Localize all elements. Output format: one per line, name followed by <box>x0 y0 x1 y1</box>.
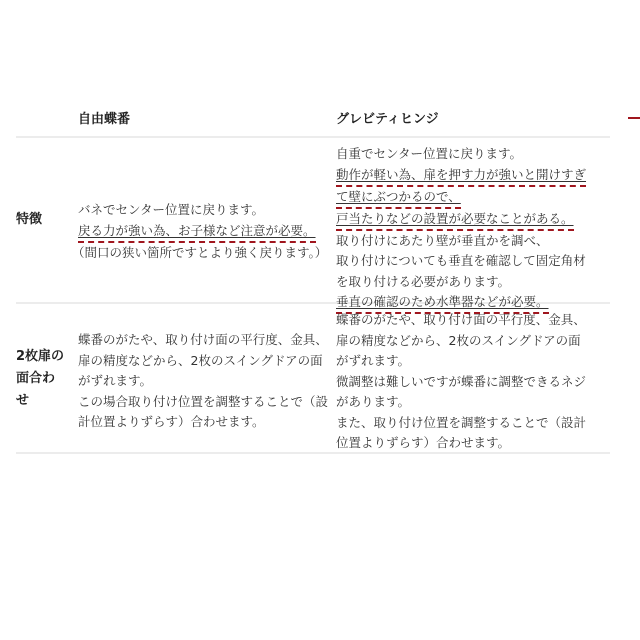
features-free-hinge: バネでセンター位置に戻ります。 戻る力が強い為、お子様など注意が必要。 （間口の… <box>78 138 336 302</box>
table-header-row: 自由蝶番 グレビティヒンジ <box>16 104 610 138</box>
text-line: この場合取り付け位置を調整することで（設 <box>78 392 336 413</box>
text-line: 位置よりずらす）合わせます。 <box>336 433 610 454</box>
emphasis-text-line: 動作が軽い為、扉を押す力が強いと開けすぎ <box>336 166 586 187</box>
features-gravity-hinge: 自重でセンター位置に戻ります。 動作が軽い為、扉を押す力が強いと開けすぎ て壁に… <box>336 138 610 302</box>
text-line: 微調整は難しいですが蝶番に調整できるネジ <box>336 372 610 393</box>
row-label-features: 特徴 <box>16 138 78 302</box>
text-line: 取り付けについても垂直を確認して固定角材 <box>336 251 610 272</box>
text-line: 扉の精度などから、2枚のスイングドアの面 <box>336 331 610 352</box>
text-line: 扉の精度などから、2枚のスイングドアの面 <box>78 351 336 372</box>
text-line: 蝶番のがたや、取り付け面の平行度、金具、 <box>78 330 336 351</box>
text-line: バネでセンター位置に戻ります。 <box>78 200 336 221</box>
emphasis-text-line: 戻る力が強い為、お子様など注意が必要。 <box>78 222 316 243</box>
text-line: 自重でセンター位置に戻ります。 <box>336 144 610 165</box>
text-line: がずれます。 <box>336 351 610 372</box>
emphasis-text-line: 戸当たりなどの設置が必要なことがある。 <box>336 210 574 231</box>
text-line: を取り付ける必要があります。 <box>336 272 610 293</box>
row-label-door-alignment: 2枚扉の 面合わ せ <box>16 304 78 452</box>
text-line: がずれます。 <box>78 371 336 392</box>
text-line: 蝶番のがたや、取り付け面の平行度、金具、 <box>336 310 610 331</box>
alignment-free-hinge: 蝶番のがたや、取り付け面の平行度、金具、 扉の精度などから、2枚のスイングドアの… <box>78 304 336 452</box>
accent-dash-mark <box>628 117 640 119</box>
header-gravity-hinge: グレビティヒンジ <box>336 110 610 131</box>
header-free-hinge: 自由蝶番 <box>78 110 336 131</box>
alignment-gravity-hinge: 蝶番のがたや、取り付け面の平行度、金具、 扉の精度などから、2枚のスイングドアの… <box>336 304 610 452</box>
comparison-table: 自由蝶番 グレビティヒンジ 特徴 バネでセンター位置に戻ります。 戻る力が強い為… <box>16 104 610 454</box>
text-line: があります。 <box>336 392 610 413</box>
table-row-features: 特徴 バネでセンター位置に戻ります。 戻る力が強い為、お子様など注意が必要。 （… <box>16 138 610 304</box>
emphasis-text-line: て壁にぶつかるので、 <box>336 188 461 209</box>
text-line: 計位置よりずらす）合わせます。 <box>78 412 336 433</box>
text-line: 取り付けにあたり壁が垂直かを調べ、 <box>336 231 610 252</box>
text-line: また、取り付け位置を調整することで（設計 <box>336 413 610 434</box>
note-text-line: （間口の狭い箇所ですとより強く戻ります。） <box>72 243 336 264</box>
table-row-door-alignment: 2枚扉の 面合わ せ 蝶番のがたや、取り付け面の平行度、金具、 扉の精度などから… <box>16 304 610 454</box>
